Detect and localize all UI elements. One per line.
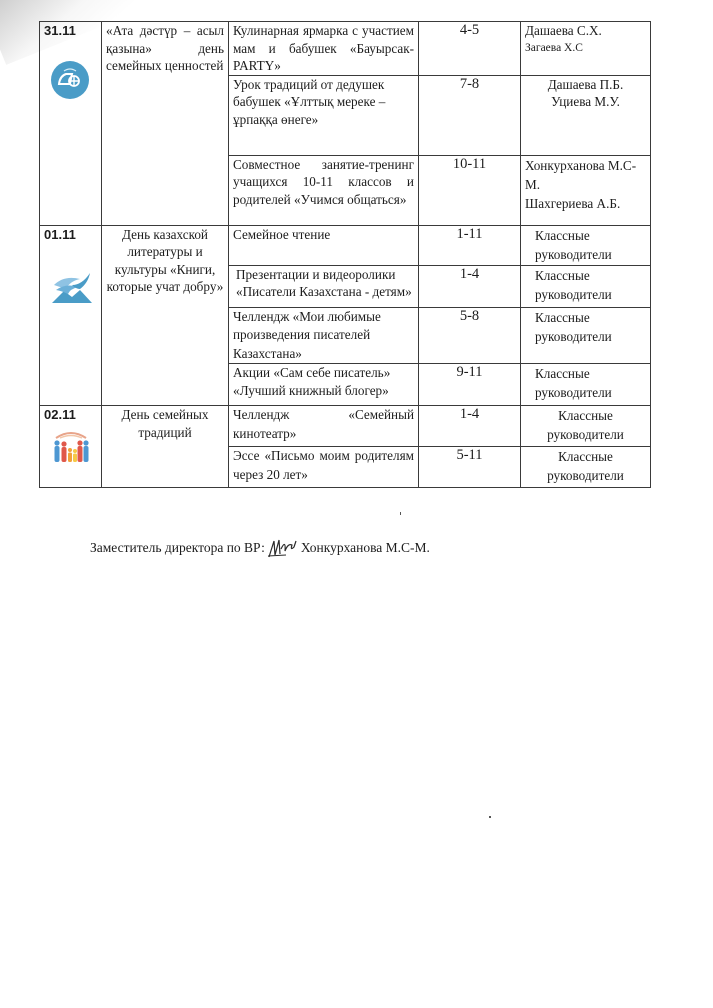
table-row: 02.11 День семейных традиций Челлендж: [40, 406, 651, 447]
yurt-icon: [50, 60, 90, 100]
responsible-cell: Классные руководители: [521, 225, 651, 265]
grades-cell: 1-4: [419, 406, 521, 447]
responsible-name: Загаева Х.С: [525, 40, 646, 58]
date-cell: 31.11: [40, 22, 102, 226]
theme-cell: День казахской литературы и культуры «Кн…: [102, 225, 229, 406]
family-icon: [50, 428, 92, 468]
responsible-name: Дашаева П.Б.: [525, 76, 646, 94]
responsible-name: Уциева М.У.: [525, 93, 646, 111]
event-cell: Совместное занятие-тренинг учащихся 10-1…: [229, 155, 419, 225]
responsible-cell: Классные руководители: [521, 447, 651, 488]
grades-cell: 7-8: [419, 75, 521, 155]
responsible-name: Классные руководители: [525, 447, 646, 485]
responsible-name: Классные руководители: [535, 266, 646, 304]
responsible-cell: Классные руководители: [521, 307, 651, 364]
grades-cell: 10-11: [419, 155, 521, 225]
event-cell: Челлендж «Мои любимые произведения писат…: [229, 307, 419, 364]
signature-line: Заместитель директора по ВР: Хонкурханов…: [90, 537, 430, 559]
event-cell: Эссе «Письмо моим родителям через 20 лет…: [229, 447, 419, 488]
responsible-cell: Дашаева П.Б. Уциева М.У.: [521, 75, 651, 155]
responsible-name: Хонкурханова М.С-М.: [525, 156, 646, 194]
grades-cell: 1-4: [419, 265, 521, 307]
responsible-name: Шахгериева А.Б.: [525, 194, 646, 213]
theme-cell: День семейных традиций: [102, 406, 229, 488]
responsible-cell: Дашаева С.Х. Загаева Х.С: [521, 22, 651, 76]
table-row: 01.11 День казахской литературы и культу…: [40, 225, 651, 265]
responsible-name: Классные руководители: [535, 364, 646, 402]
book-bird-icon: [50, 271, 94, 305]
date-cell: 02.11: [40, 406, 102, 488]
scan-speck: [489, 816, 491, 818]
signature-name: Хонкурханова М.С-М.: [301, 540, 430, 556]
responsible-name: Классные руководители: [525, 406, 646, 444]
event-cell: Презентации и видеоролики «Писатели Каза…: [229, 265, 419, 307]
event-cell: Акции «Сам себе писатель» «Лучший книжны…: [229, 364, 419, 406]
date-label: 31.11: [44, 22, 97, 40]
grades-cell: 5-8: [419, 307, 521, 364]
responsible-name: Классные руководители: [535, 226, 646, 264]
date-cell: 01.11: [40, 225, 102, 406]
grades-cell: 5-11: [419, 447, 521, 488]
theme-cell: «Ата дәстүр – асыл қазына» день семейных…: [102, 22, 229, 226]
event-cell: Челлендж «Семейный кинотеатр»: [229, 406, 419, 447]
event-plan-table: 31.11 «Ата дәстүр – асыл қазына» день се…: [39, 21, 651, 488]
responsible-name: Дашаева С.Х.: [525, 22, 646, 40]
responsible-name: Классные руководители: [535, 308, 646, 346]
date-label: 01.11: [44, 226, 97, 244]
event-cell: Кулинарная ярмарка с участием мам и бабу…: [229, 22, 419, 76]
responsible-cell: Классные руководители: [521, 406, 651, 447]
scan-speck: [400, 512, 401, 515]
date-label: 02.11: [44, 406, 97, 424]
responsible-cell: Хонкурханова М.С-М. Шахгериева А.Б.: [521, 155, 651, 225]
responsible-cell: Классные руководители: [521, 364, 651, 406]
table-row: 31.11 «Ата дәстүр – асыл қазына» день се…: [40, 22, 651, 76]
grades-cell: 9-11: [419, 364, 521, 406]
responsible-cell: Классные руководители: [521, 265, 651, 307]
event-cell: Семейное чтение: [229, 225, 419, 265]
signature-icon: [266, 537, 300, 559]
signature-position: Заместитель директора по ВР:: [90, 540, 265, 556]
event-cell: Урок традиций от дедушек бабушек «Ұлттық…: [229, 75, 419, 155]
grades-cell: 1-11: [419, 225, 521, 265]
grades-cell: 4-5: [419, 22, 521, 76]
